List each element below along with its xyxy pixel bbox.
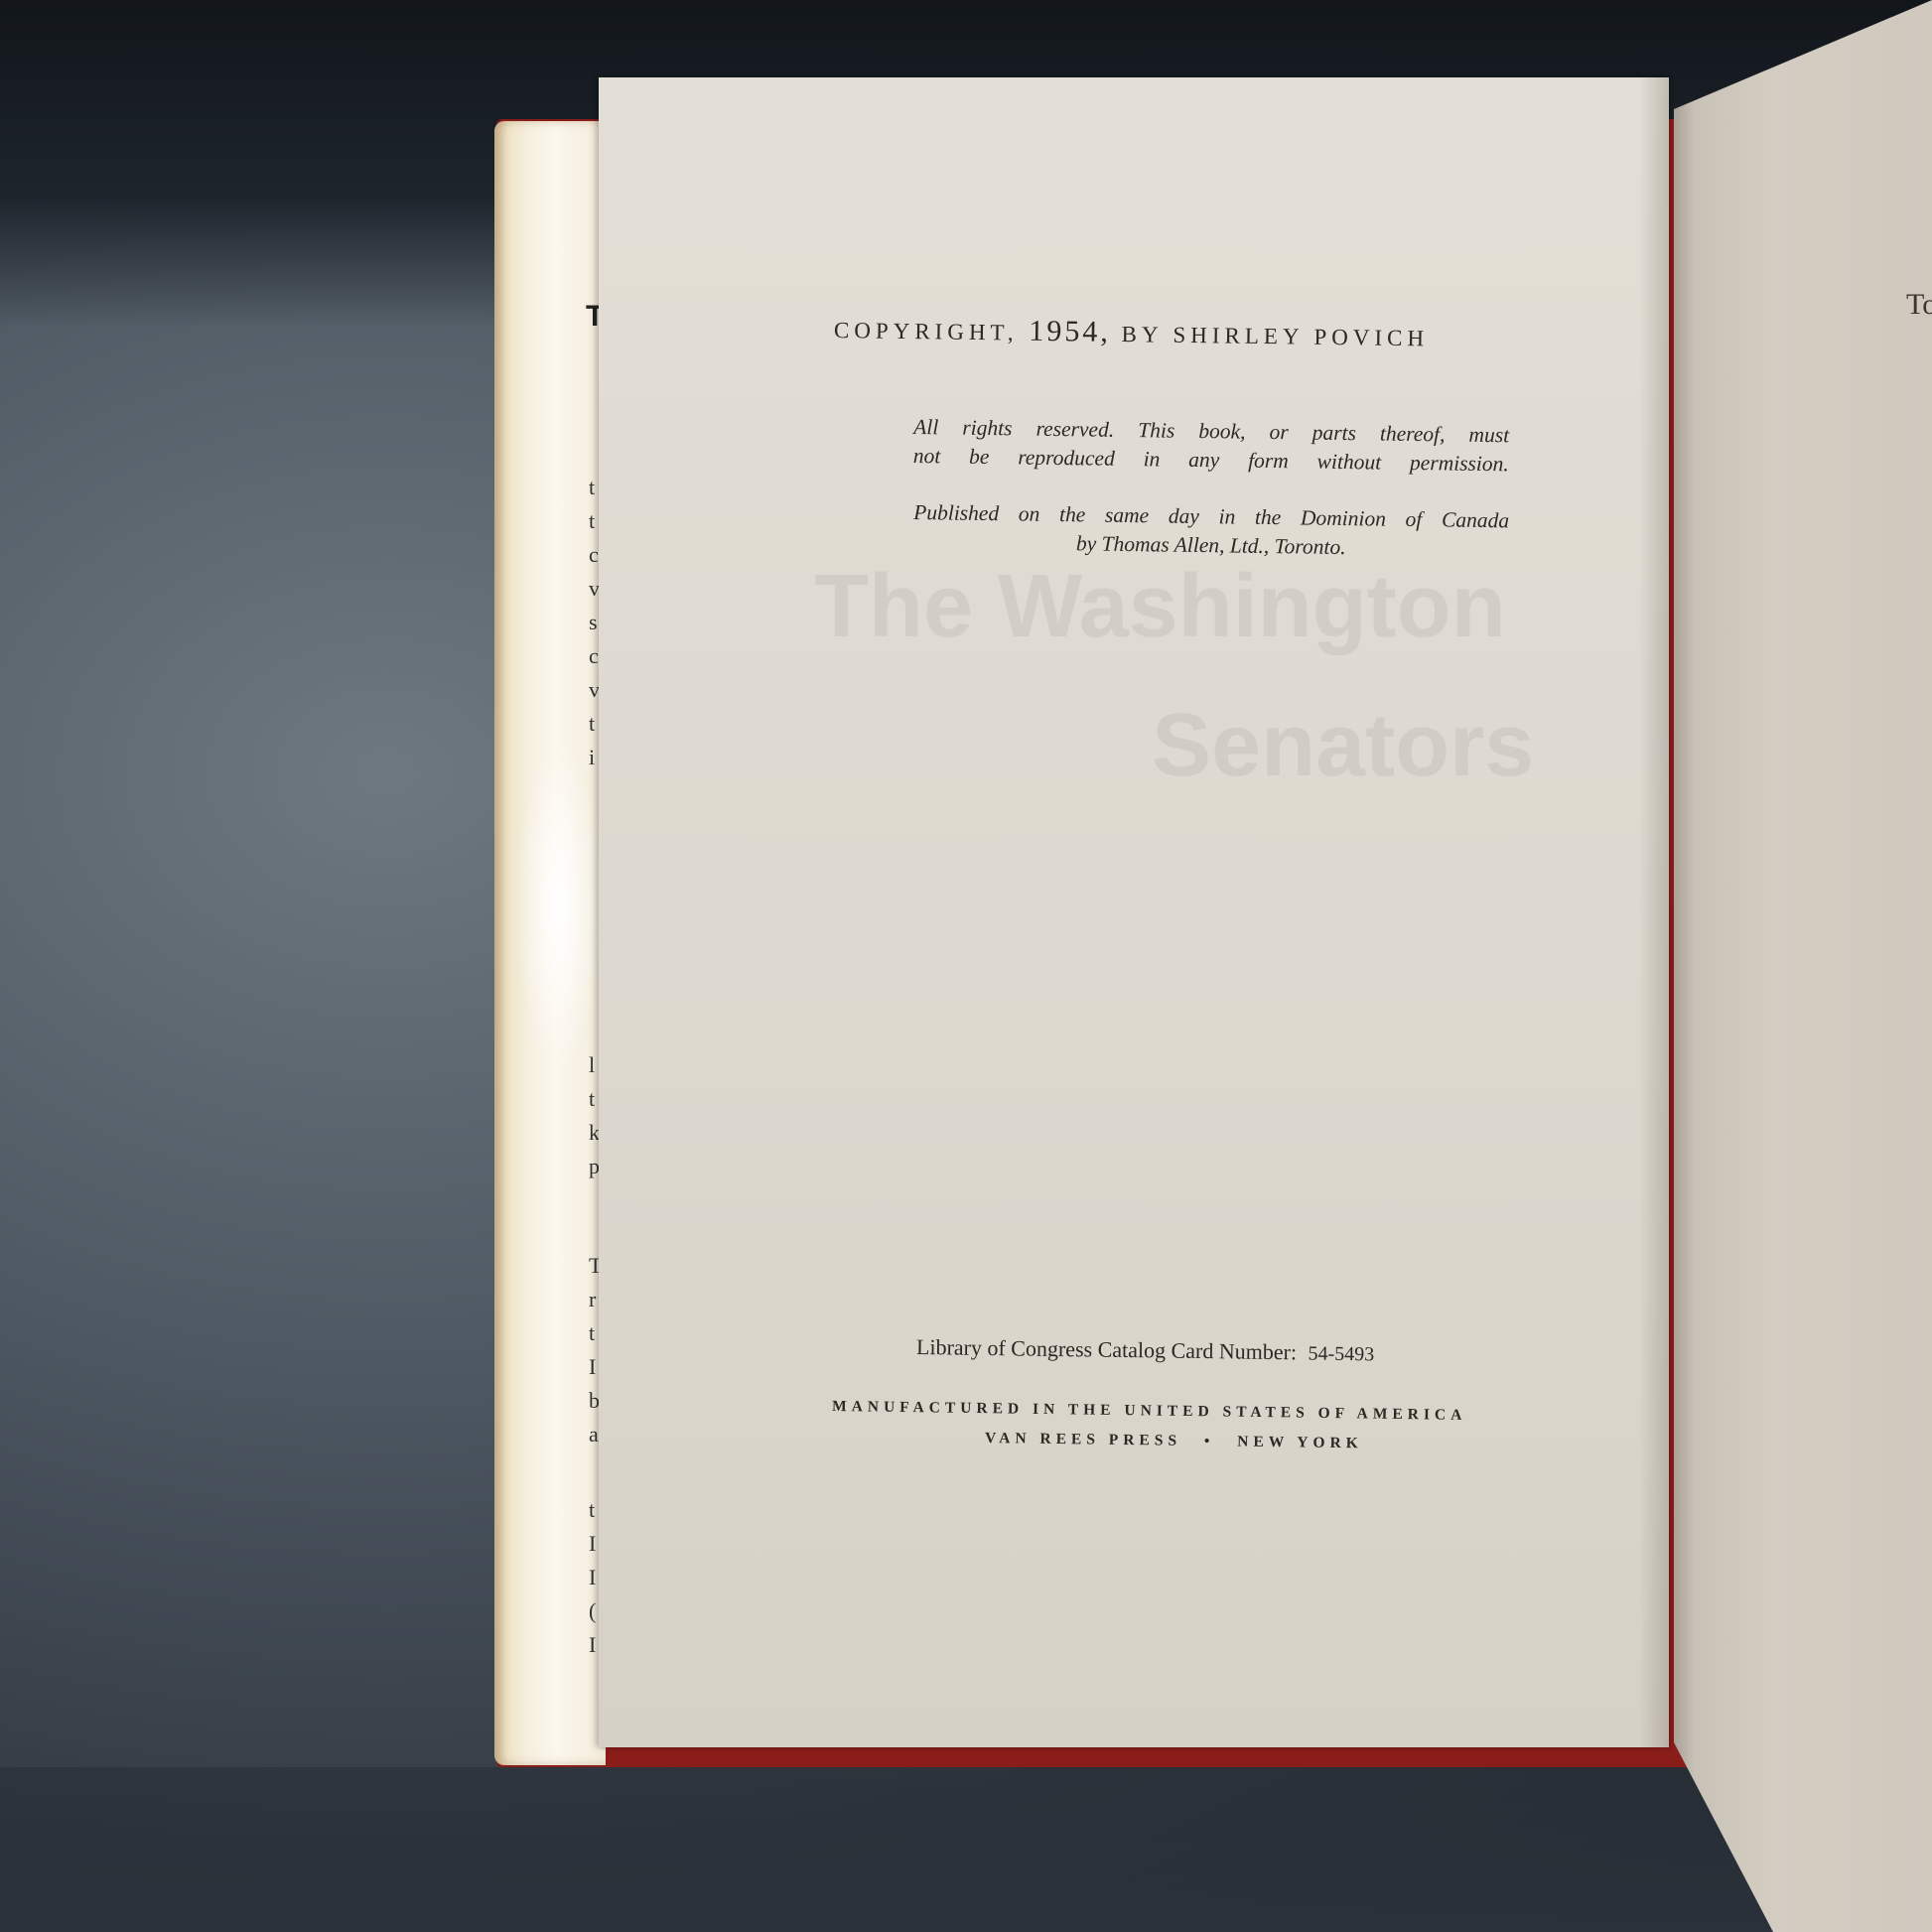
show-through-subtitle: Senators xyxy=(1152,695,1534,797)
copyright-holder: BY SHIRLEY POVICH xyxy=(1121,322,1429,350)
fabric-surface-bottom xyxy=(0,1767,1932,1932)
printer-name: VAN REES PRESS xyxy=(985,1430,1181,1449)
facing-page-text: To xyxy=(1906,288,1932,322)
bullet-separator: • xyxy=(1204,1433,1215,1449)
gutter-shadow xyxy=(1639,77,1669,1747)
rights-reserved-notice: All rights reserved. This book, or parts… xyxy=(913,413,1510,479)
copyright-prefix: COPYRIGHT, xyxy=(834,318,1019,345)
copyright-year: 1954, xyxy=(1029,315,1111,348)
printer-city: NEW YORK xyxy=(1237,1434,1363,1452)
canada-publication-notice: Published on the same day in the Dominio… xyxy=(913,498,1510,564)
lccn-label: Library of Congress Catalog Card Number: xyxy=(916,1334,1297,1364)
facing-page xyxy=(1674,0,1932,1932)
show-through-title: The Washington xyxy=(814,556,1506,658)
light-glare xyxy=(519,747,599,1064)
lccn-number: 54-5493 xyxy=(1308,1343,1374,1366)
